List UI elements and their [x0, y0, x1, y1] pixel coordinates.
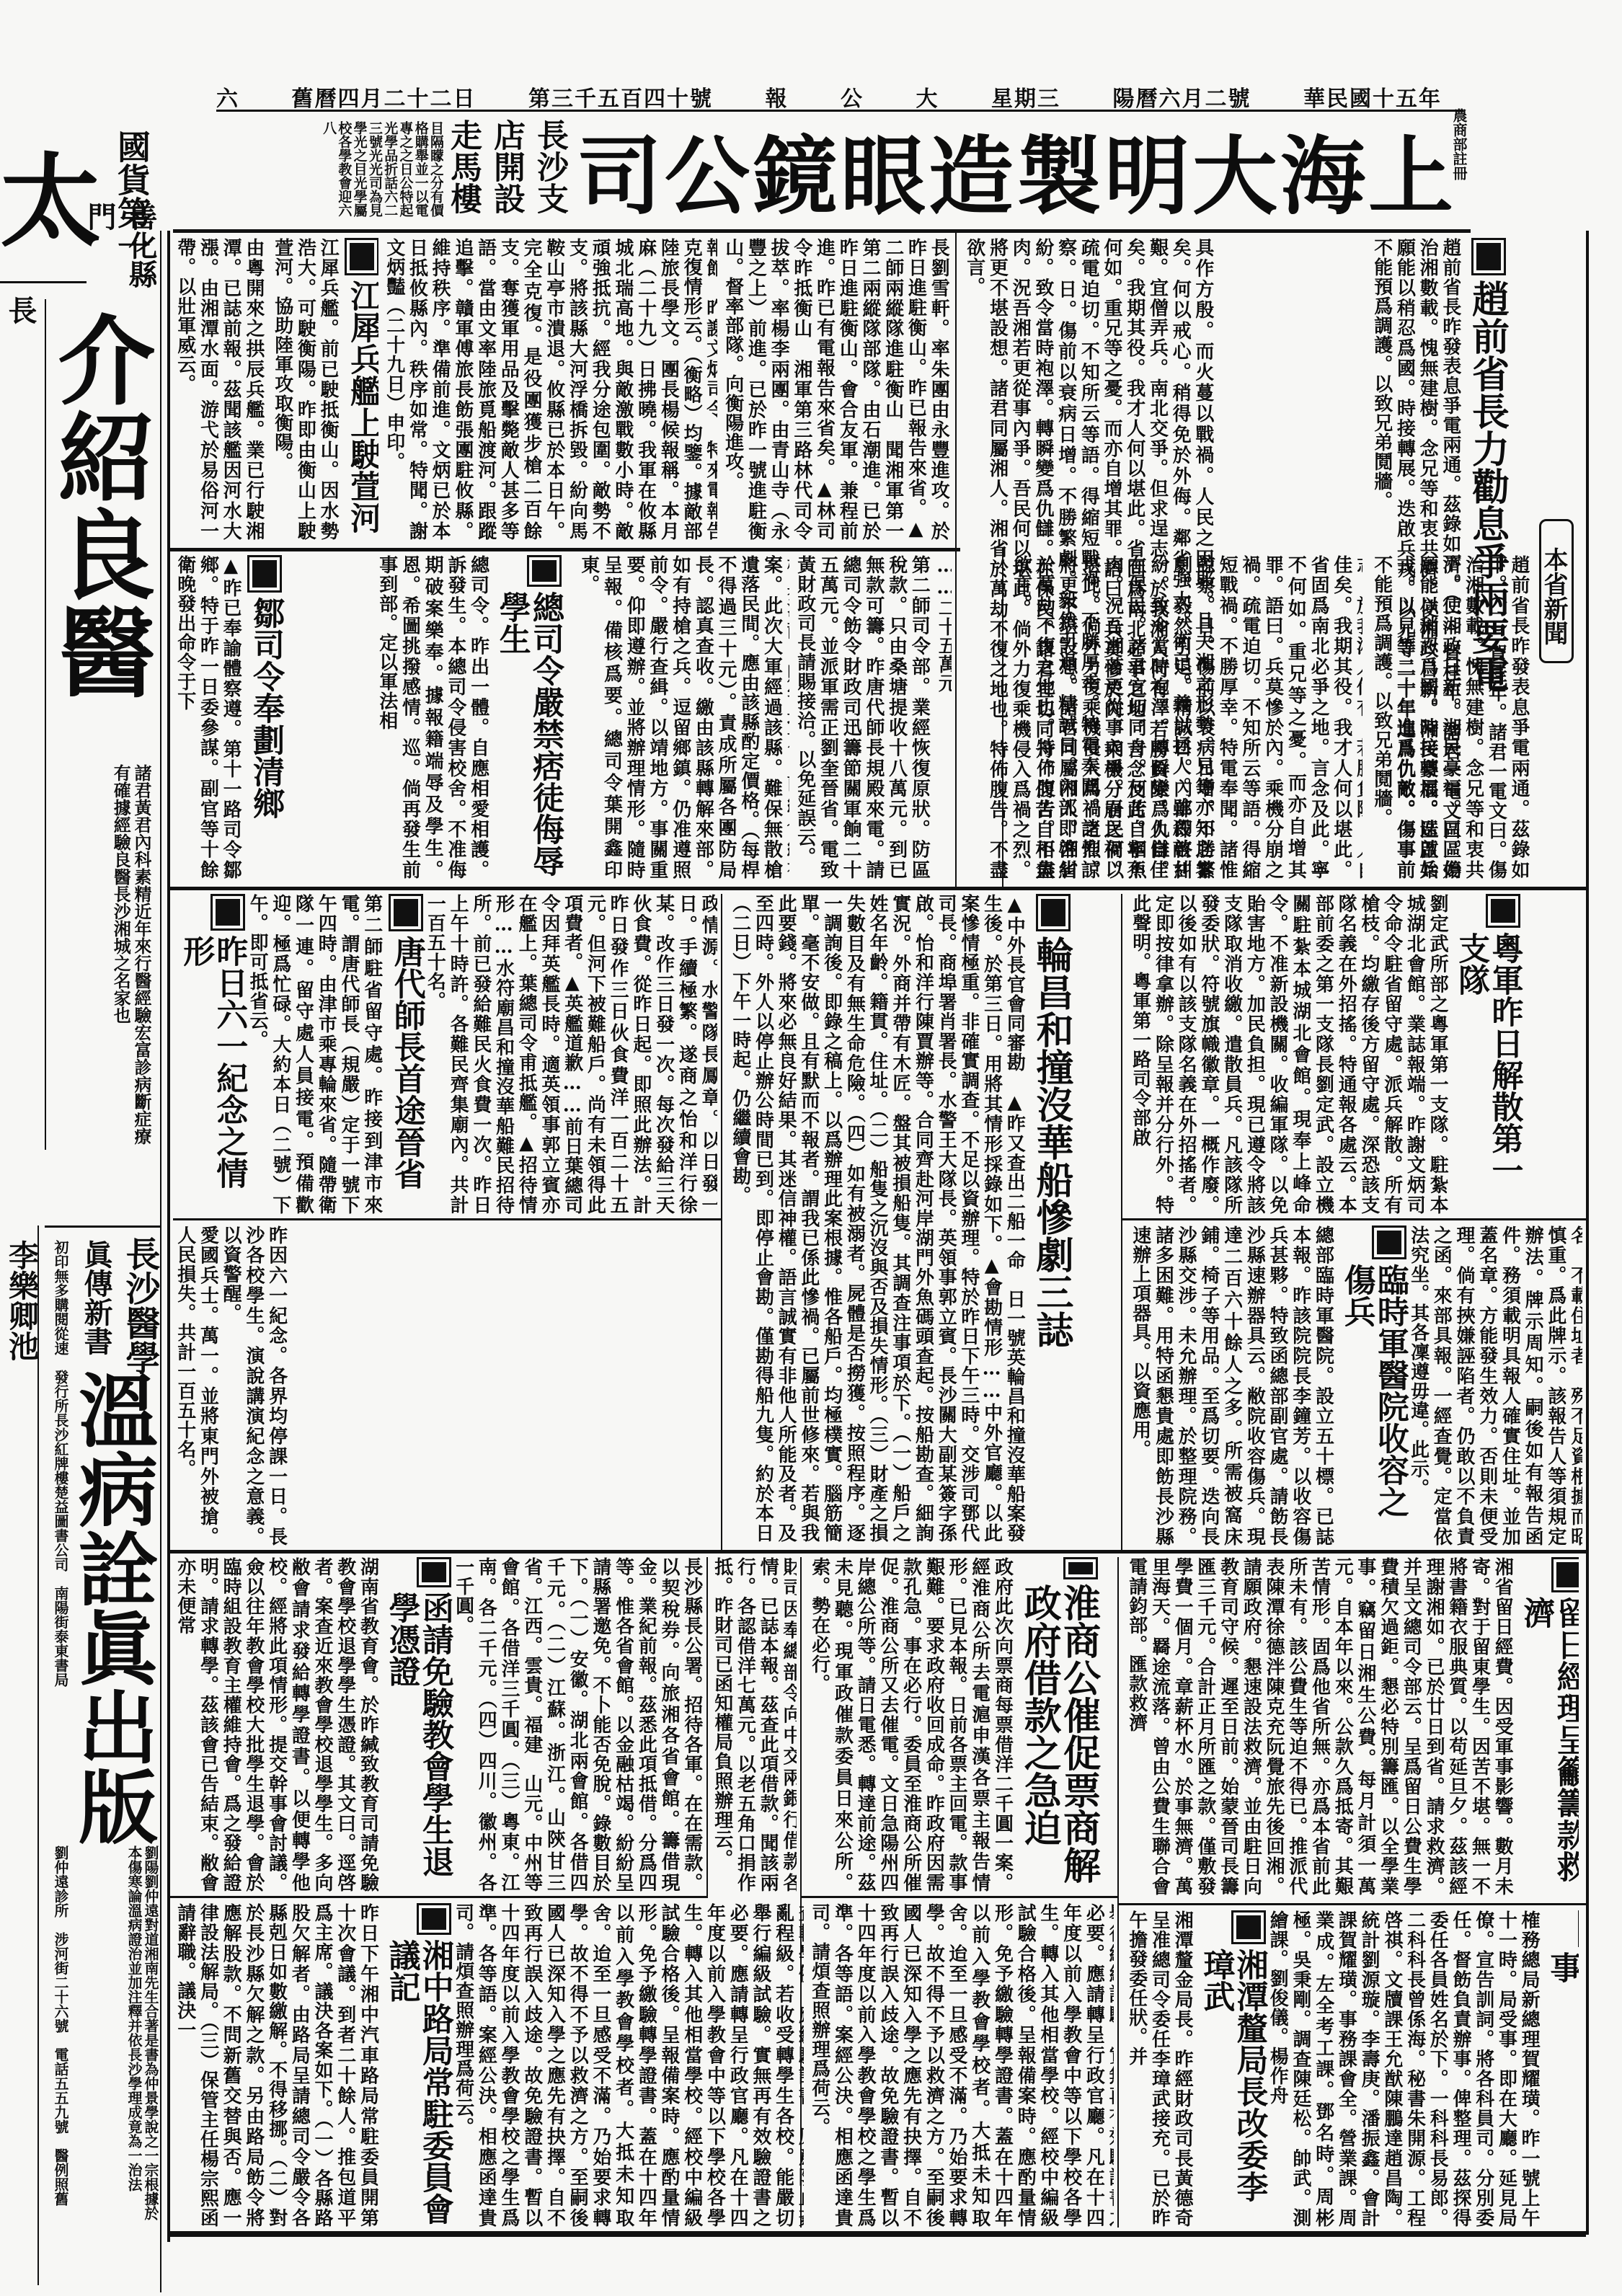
banner-ad-title: 上海大明製造眼鏡公司 [642, 115, 1456, 223]
article-changchang-cont: 王滿面悲苦。嗷嗷待哺。商埠署李行政情源。水警隊長鳳章。以日發一日。手續極繁。遂商… [173, 894, 717, 1215]
article-body: 湘省留日經費。因受軍事影響。數月未寄。對于留東學生。因苦不堪。無一不將書籍衣服典… [1125, 1557, 1513, 1896]
book-ad-body: 劉陽劉仲遠對道湘南先生合著是書為仲景學說之一宗根據於本傷寒論溫病證治並加注釋并依… [72, 1845, 159, 2220]
band-rule-2 [167, 887, 960, 890]
col-rule-a [955, 231, 957, 887]
article-headline-2: 函請免驗教會學生退學憑證 [378, 1557, 451, 1892]
branch-notice-col-0: 長沙支 [533, 119, 565, 220]
ad-divider-2 [45, 1225, 160, 1228]
band-rule-6 [173, 1218, 721, 1220]
book-ad-series: 眞傳新書 [76, 1240, 117, 1370]
article-commander-ban-students: 總司令嚴禁痞徒侮辱學生 總司令。昨出一體。自應相愛相護。訴發生。本總司令侵害校舍… [375, 555, 573, 879]
band-rule-5 [1121, 1218, 1586, 1220]
branch-detail-text: 目隔矇之分有價格購舉並一以電專之之日公特起光學品折話六二三號光光司為見學光之目光… [285, 121, 443, 218]
headline-marker-icon [389, 894, 423, 931]
doctor-ad-body: 諸君黃君內科素精近年來行醫經驗宏富診病斷症療有確據經驗良醫長沙湘城之名家也 [50, 764, 151, 1153]
article-guangdong-army-disband: 粵軍昨日解散第一支隊 劉定武所部之粵軍第一支隊。駐紮本城湖北會館。業誌報端。昨謝… [1128, 894, 1582, 1215]
article-body-pre: 有爲然。不應以具文限制。致使學生。失改進之機。教育有喪權之辱。查轉學例。應繳驗證… [451, 1903, 804, 2228]
doctor-ad-title: 介紹良醫 [50, 310, 148, 757]
book-ad-publisher: 長沙醫學 [115, 1236, 165, 1380]
page-right-border [1586, 231, 1589, 2235]
headline-marker-icon [345, 238, 378, 275]
article-body: 榷務總局新總理賀耀璜。昨一號上午十一時。局受事。即在大廳。延見局僚。宣告訓詞。將… [1266, 1910, 1541, 2228]
branch-notice-col-2: 走馬樓 [447, 119, 479, 220]
ad-divider [0, 281, 87, 283]
article-body-2: 愛國兵士。萬一。並將東門外被搶。人民損失。共計一百五十名。 [173, 1225, 218, 1546]
article-headline: 拱辰兵艦游弋易俗河 [265, 238, 267, 541]
book-ad-note: 初印無多購閱從速 [50, 1240, 71, 1370]
masthead-date-7: 舊曆四月二十二日 [292, 81, 477, 110]
banner-ad-char: 明 [1104, 108, 1192, 231]
masthead-date-2: 星期三 [991, 81, 1060, 110]
masthead-bottom-rule [173, 229, 1471, 233]
masthead-date-0: 華民國十五年 [1303, 81, 1442, 110]
col-rule-f [1117, 1557, 1119, 2228]
book-ad-clinic: 劉仲遠診所 涉河街二十六號 電話五五九號 醫例照舊 [50, 1845, 71, 2220]
article-body: 昨日下午湘中汽車路局常駐委員開第十次會議。到者二十餘人。推包道平爲主席。議決各案… [173, 1903, 378, 2228]
article-headline: 榷局賀總辦昨日視事 [1540, 1910, 1579, 2228]
article-body-2: 第二師駐省留守處。昨接到津市來電。謂唐代師長（規嚴）定于一號下午四時。由津市乘專… [245, 894, 382, 1215]
band-rule-1a [167, 548, 960, 551]
banner-ad-char: 海 [1280, 108, 1368, 231]
branch-notice: 長沙支 店開設 走馬樓 [447, 119, 565, 220]
article-body: 政府此次向票商每票借洋二千圓一案。經淮商公所去電滬申漢各票主報告情形。已見本報。… [807, 1557, 1013, 1892]
headline-marker-icon [1231, 1910, 1266, 1944]
ad-top-label: 長 [0, 296, 41, 339]
ad-top-fragment-2: 太 [0, 151, 101, 252]
banner-ad-char: 製 [1016, 108, 1104, 231]
masthead-date-6: 第三千五百四十號 [528, 81, 713, 110]
article-body-2: 湘潭釐金局長。昨經財政司長黃德奇呈准總司令委任李璋武接充。已於昨午擔發委任狀。并 [1125, 1910, 1193, 2228]
article-body: 總司令。昨出一體。自應相愛相護。訴發生。本總司令侵害校舍。不准侮期破案樂奉。據報… [375, 555, 489, 879]
article-headline-2: 昨日六一紀念之情形 [173, 894, 245, 1215]
article-body: 有爲然。不應以具文限制。致使學生。失改進之機。教育有喪權之辱。查轉學例。應繳驗證… [807, 1903, 1114, 2228]
headline-marker-icon [1036, 894, 1071, 931]
masthead-date-1: 陽曆六月二號 [1113, 81, 1251, 110]
masthead-date-4: 公 [841, 81, 864, 110]
article-headline: 總司令嚴禁痞徒侮辱學生 [489, 555, 562, 879]
banner-ad-char: 上 [1368, 108, 1456, 231]
headline-marker-icon [1372, 1225, 1406, 1259]
article-changsha-hostels-loan: 長沙縣向旅湘各省會館借款數目 長沙縣長公署。招待各軍。在在需款。以契稅券。向旅湘… [173, 1557, 706, 1892]
article-body: 江犀兵艦。前已駛抵衡山。因水勢浩大。可駛衡陽。昨即由衡山上駛萱河。協助陸軍攻取衡… [270, 238, 339, 541]
banner-ad-side-label: 農商部註冊 [1449, 108, 1470, 223]
headline-marker-icon [1063, 1557, 1098, 1579]
article-june-sixth: 昨因六一紀念。各界均停課一日。長沙各校學生。演說講演紀念之意義。以資警醒。 愛國… [173, 1225, 717, 1546]
article-headline: 鄒司令奉劃清鄉 [241, 555, 282, 879]
masthead-date-8: 六 [216, 81, 239, 110]
branch-notice-col-1: 店開設 [490, 119, 522, 220]
article-body: ▲中外長官會同審勘 ▲昨又查出二船一命 日一號英輪昌和撞沒華船案發生後。於第三日… [728, 894, 1025, 1543]
article-zhongjiao-loan: 中交兩銀行借款成功 財司因奉總部令向中交兩銀行借款各情。已誌本報。茲查此項借款。… [710, 1557, 797, 1892]
headline-marker-icon [527, 555, 562, 587]
article-body-2: 戒嚴司令部。昨出一牌示立。爲牌示事。照得本部除奸宄。防衛治安。因不能稍涉疏虞。故… [1406, 1225, 1582, 1546]
article-body-2: 湖南省教育會。於昨緘致教育司請免驗教會學校退學學生憑證。其文曰。逕啓者。案查近來… [173, 1557, 378, 1892]
article-headline: 湘中路局常駐委員會議記 [378, 1903, 451, 2228]
main-left-border [167, 231, 170, 2242]
page-bottom-rule [167, 2231, 1586, 2237]
article-headline: 唐代師長首途晉省 [383, 894, 423, 1215]
masthead-date-3: 大 [916, 81, 939, 110]
article-headline: 長沙縣向旅湘各省會館借款數目 [703, 1557, 706, 1892]
band-rule-4c [1117, 1903, 1586, 1905]
article-mission-school-cont: 有爲然。不應以具文限制。致使學生。失改進之機。教育有喪權之辱。查轉學例。應繳驗證… [807, 1903, 1114, 2228]
ad-lower-fragment: 李樂卿池 [0, 1240, 43, 1427]
left-ads-column: 國貨第一 善化縣門 太 長 介紹良醫 諸君黃君內科素精近年來行醫經驗宏富診病斷症… [0, 72, 166, 2271]
col-rule-d [1121, 894, 1122, 1550]
band-rule-4b [167, 1896, 708, 1898]
article-headline: 淮商公催促票商解政府借款之急迫 [1013, 1557, 1097, 1892]
article-big-army-hengshan: 大軍雲集衡山 ▲劉旅長昨抵衡山 湘軍第十四旅長劉雪軒。率朱團由永豐進攻。於昨日進… [721, 238, 952, 541]
article-body: 昨因六一紀念。各界均停課一日。長沙各校學生。演說講演紀念之意義。以資警醒。 [218, 1225, 287, 1546]
article-gongchen-gunboat: 拱辰兵艦游弋易俗河 由粵開來之拱辰兵艦。業已行駛湘潭。已誌前報。茲聞該艦因河水大… [173, 238, 267, 541]
banner-ad-char: 大 [1192, 108, 1280, 231]
article-salt-bureau-yesterday: 漸成冰壺。呼籲無門。羇途流落。匪邀憫惠遠涵。勢將流爲乞丐。約育才心切。自肯從速救… [1125, 1910, 1579, 2228]
article-body: 財司因奉總部令向中交兩銀行借款各情。已誌本報。茲查此項借款。聞該兩行。各認借洋七… [710, 1557, 797, 1892]
article-body: ▲劉旅長昨抵衡山 湘軍第十四旅長劉雪軒。率朱團由永豐進攻。於昨日進駐衡山。昨已報… [721, 238, 952, 541]
col-rule-g [706, 1557, 708, 1896]
band-rule-1b [959, 887, 1586, 890]
article-subhead: ……二十五萬元 [930, 555, 952, 879]
article-body: 劉定武所部之粵軍第一支隊。駐紮本城湖北會館。業誌報端。昨謝文炳司令命令駐省留守處… [1128, 894, 1448, 1215]
article-second-division-pay: 二師請急籌節關軍餉 ……二十五萬元 第二師司令部。業經恢復原狀。防區稅款。只由桑… [793, 555, 952, 879]
masthead-date-5: 報 [766, 81, 789, 110]
article-body-3: 總部臨時軍醫院。設立五十標。已誌本報。昨該院院長李鐘芳。以收容傷兵甚夥。特致函總… [1128, 1225, 1334, 1546]
headline-marker-icon [1486, 894, 1520, 928]
headline-marker-icon [417, 1903, 451, 1935]
band-rule-4a [800, 1896, 1117, 1898]
article-body: 王滿面悲苦。嗷嗷待哺。商埠署李行政情源。水警隊長鳳章。以日發一日。手續極繁。遂商… [423, 894, 717, 1215]
article-road-bureau-meeting: 有爲然。不應以具文限制。致使學生。失改進之機。教育有喪權之辱。查轉學例。應繳驗證… [173, 1903, 804, 2228]
article-body: 第二師司令部。業經恢復原狀。防區稅款。只由桑塘提收十八萬元。到已無款可籌。昨唐代… [793, 555, 930, 879]
article-body: 葉總司令昨發通電云。各縣知事覽。檢兵潰散。貽害地方。前經令緝有案。此次大軍經過該… [577, 555, 789, 879]
article-headline: 江犀兵艦上駛萱河 [339, 238, 378, 541]
headline-marker-icon [247, 555, 282, 593]
article-headline: 粵軍昨日解散第一支隊 [1448, 894, 1520, 1215]
banner-ad-char: 造 [929, 108, 1016, 231]
headline-marker-icon [1471, 238, 1506, 275]
banner-ad-char: 司 [577, 108, 665, 231]
banner-ad-char: 眼 [841, 108, 929, 231]
article-martial-anonymous: 以後對於傷兵寄居所。務加注意巡察外。倘再發生滋擾情事。當即立時報告。以憑派隊拿究… [1128, 1225, 1582, 1546]
band-rule-3 [167, 1550, 1586, 1553]
article-body: 報館。昨謝文炳司令。特來電報告克復情形云。（衡略）均鑒。據敵部陸旅長學文。團長楊… [382, 238, 717, 541]
article-body: 長沙縣長公署。招待各軍。在在需款。以契稅券。向旅湘各省會館。籌借現金。業紀前報。… [451, 1557, 703, 1892]
banner-ad-char: 鏡 [753, 108, 841, 231]
article-headline: 留日經理呈籲籌款救濟 [1513, 1557, 1579, 1896]
banner-ad-char: 公 [665, 108, 753, 231]
article-body: 由粵開來之拱辰兵艦。業已行駛湘潭。已誌前報。茲聞該艦因河水大漲。由湘潭水面。游弋… [173, 238, 265, 541]
article-jiangping-gunboat: 江犀兵艦上駛萱河 江犀兵艦。前已駛抵衡山。因水勢浩大。可駛衡陽。昨即由衡山上駛萱… [270, 238, 378, 541]
article-japan-students-relief: 縣縣長文覽。該縣旱荒之後。又遭災。殊深惋念。茲經本會議發賑款洋一千元。仰即會同賑… [1125, 1557, 1579, 1896]
article-commander-gun-check: 總司令嚴電查緝散槍 葉總司令昨發通電云。各縣知事覽。檢兵潰散。貽害地方。前經令緝… [577, 555, 789, 879]
article-headline: 輪昌和撞沒華船慘劇三誌 [1025, 894, 1071, 1543]
book-ad-sellers: 發行所長沙紅牌樓楚益圖書公司 南陽街泰東書局 [50, 1370, 71, 1773]
headline-marker-icon [417, 1557, 451, 1587]
article-body: ▲昨已奉諭體察遵。第十一路司令鄒鄉。特于昨一日委參謀。副官等十餘衛晚發出命令于下 [173, 555, 241, 879]
masthead-date-line: 華民國十五年 陽曆六月二號 星期三 大 公 報 第三千五百四十號 舊曆四月二十二… [216, 81, 1442, 110]
article-xie-telegram-youxian: 謝司令電告克復攸縣 報館。昨謝文炳司令。特來電報告克復情形云。（衡略）均鑒。據敵… [382, 238, 717, 541]
article-zou-commander: 鄒司令奉劃清鄉 ▲昨已奉諭體察遵。第十一路司令鄒鄉。特于昨一日委參謀。副官等十餘… [173, 555, 371, 879]
article-huaishang-bond: 淮商公催促票商解政府借款之急迫 政府此次向票商每票借洋二千圓一案。經淮商公所去電… [807, 1557, 1114, 1892]
article-zhao-cont-3: 趙前省長昨發表息爭電兩通。茲錄如下。（一）賀桂年。諸君一電文曰。傷治湘數載。愧無… [1370, 555, 1579, 879]
article-headline-2: 臨時軍醫院收容之傷兵 [1334, 1225, 1406, 1546]
headline-marker-icon [1551, 1557, 1579, 1592]
book-ad-title: 溫病詮眞出版 [72, 1370, 151, 1845]
article-body: 趙前省長昨發表息爭電兩通。茲錄如下。（一）賀桂年。諸君一電文曰。傷治湘數載。愧無… [1370, 555, 1530, 879]
headline-marker-icon [1578, 1910, 1579, 1947]
col-rule-c [721, 894, 722, 1550]
headline-marker-icon [210, 894, 245, 931]
article-zhao-cont-2: 具作方殷。而火蔓以戰禍。人民之困耶。且夫湘之形勢。兄等亦知之審矣。何以戒心。稍得… [1009, 555, 1362, 879]
article-body: 具作方殷。而火蔓以戰禍。人民之困耶。且夫湘之形勢。兄等亦知之審矣。何以戒心。稍得… [1009, 555, 1362, 879]
article-changchang-ship: 輪昌和撞沒華船慘劇三誌 ▲中外長官會同審勘 ▲昨又查出二船一命 日一號英輪昌和撞… [728, 894, 1117, 1543]
article-headline-2: 湘潭釐局長改委李璋武 [1193, 1910, 1265, 2228]
